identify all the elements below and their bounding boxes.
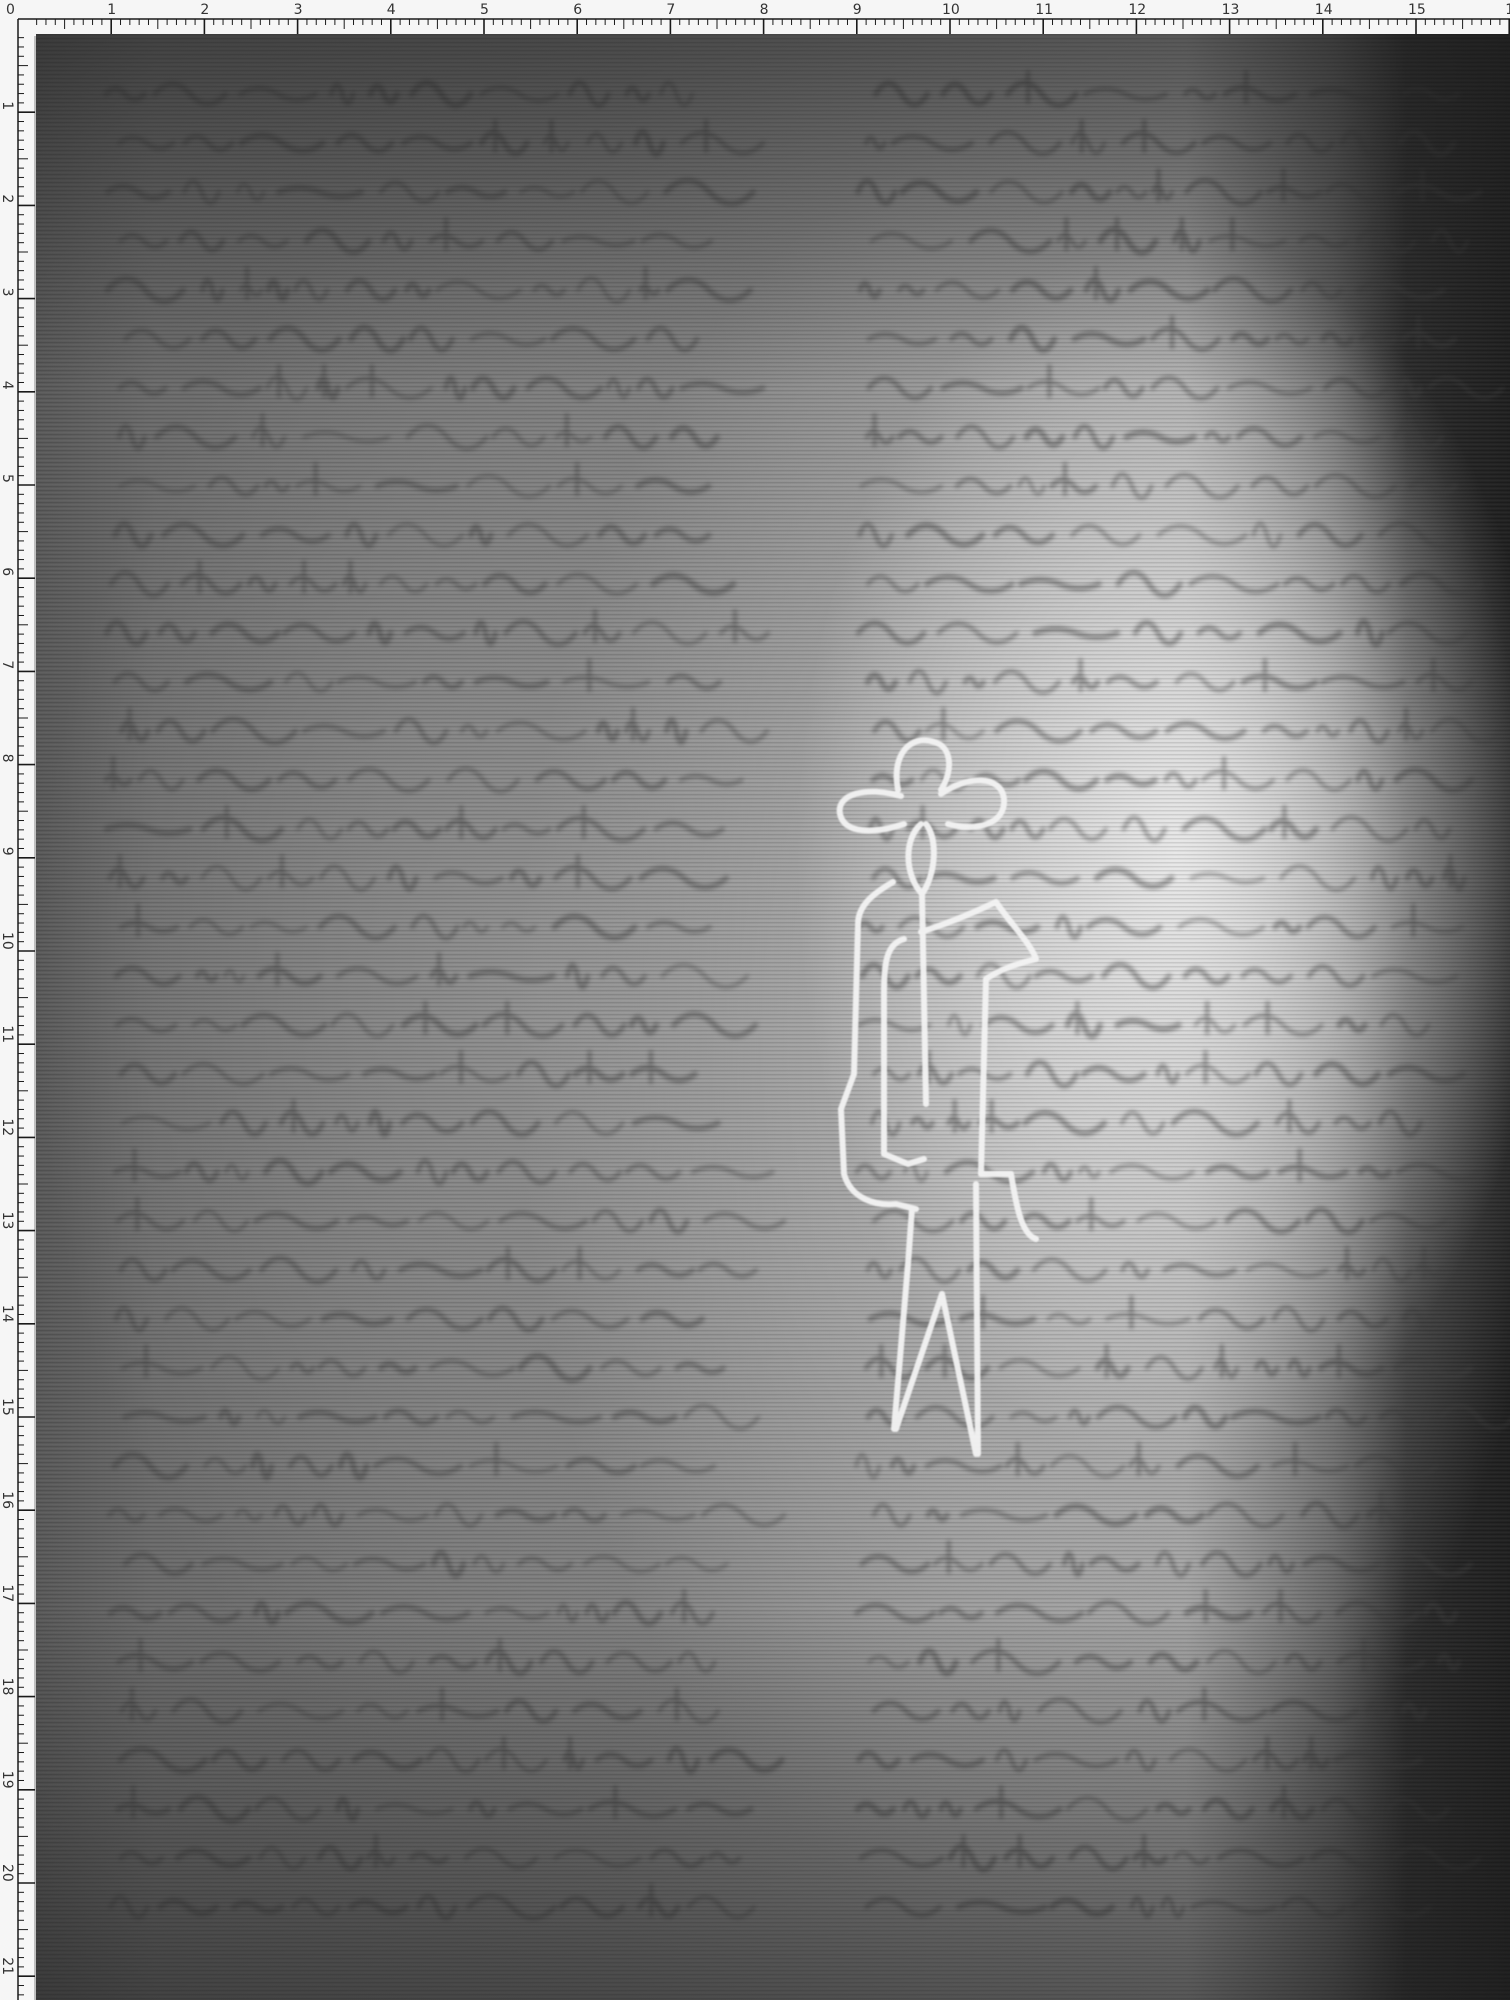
- vertical-ruler-scale: 123456789101112131415161718192021: [0, 0, 36, 2000]
- ruler-label: 9: [853, 2, 862, 18]
- ruler-label: 12: [0, 1118, 15, 1136]
- ruler-label: 15: [1408, 2, 1426, 18]
- ruler-label: 3: [0, 288, 15, 297]
- ruler-label: 9: [0, 847, 15, 856]
- manuscript-scan-image: [36, 34, 1510, 2000]
- ruler-label: 3: [294, 2, 303, 18]
- svg-text:0: 0: [6, 2, 15, 18]
- ruler-label: 13: [1222, 2, 1240, 18]
- ruler-label: 11: [0, 1025, 15, 1043]
- ruler-label: 4: [387, 2, 396, 18]
- ruler-label: 5: [480, 2, 489, 18]
- ruler-label: 14: [0, 1305, 15, 1323]
- ruler-label: 10: [0, 932, 15, 950]
- vertical-ruler: 123456789101112131415161718192021: [0, 0, 36, 2000]
- ruler-label: 7: [666, 2, 675, 18]
- ruler-label: 19: [0, 1771, 15, 1789]
- ruler-label: 6: [573, 2, 582, 18]
- ruler-label: 1: [107, 2, 116, 18]
- ruler-label: 8: [0, 754, 15, 763]
- ruler-label: 13: [0, 1212, 15, 1230]
- ruler-label: 20: [0, 1864, 15, 1882]
- ruler-label: 2: [0, 194, 15, 203]
- cross-top-lobe: [897, 740, 949, 790]
- ruler-label: 15: [0, 1398, 15, 1416]
- ruler-label: 21: [0, 1957, 15, 1975]
- ruler-label: 18: [0, 1678, 15, 1696]
- ruler-label: 1: [1505, 2, 1510, 18]
- ruler-label: 8: [760, 2, 769, 18]
- ruler-label: 11: [1035, 2, 1053, 18]
- ruler-label: 1: [0, 101, 15, 110]
- ruler-label: 4: [0, 381, 15, 390]
- ruler-label: 5: [0, 474, 15, 483]
- ruler-label: 16: [0, 1491, 15, 1509]
- ruler-label: 6: [0, 567, 15, 576]
- watermark-figure: [36, 34, 1510, 2000]
- ruler-label: 2: [200, 2, 209, 18]
- ruler-label: 7: [0, 660, 15, 669]
- ruler-label: 12: [1128, 2, 1146, 18]
- ruler-label: 14: [1315, 2, 1333, 18]
- ruler-label: 17: [0, 1584, 15, 1602]
- ruler-label: 10: [942, 2, 960, 18]
- horizontal-ruler-scale: 1234567891011121314151: [0, 0, 1510, 36]
- horizontal-ruler: 1234567891011121314151: [0, 0, 1510, 36]
- ruler-corner: 0: [0, 0, 36, 36]
